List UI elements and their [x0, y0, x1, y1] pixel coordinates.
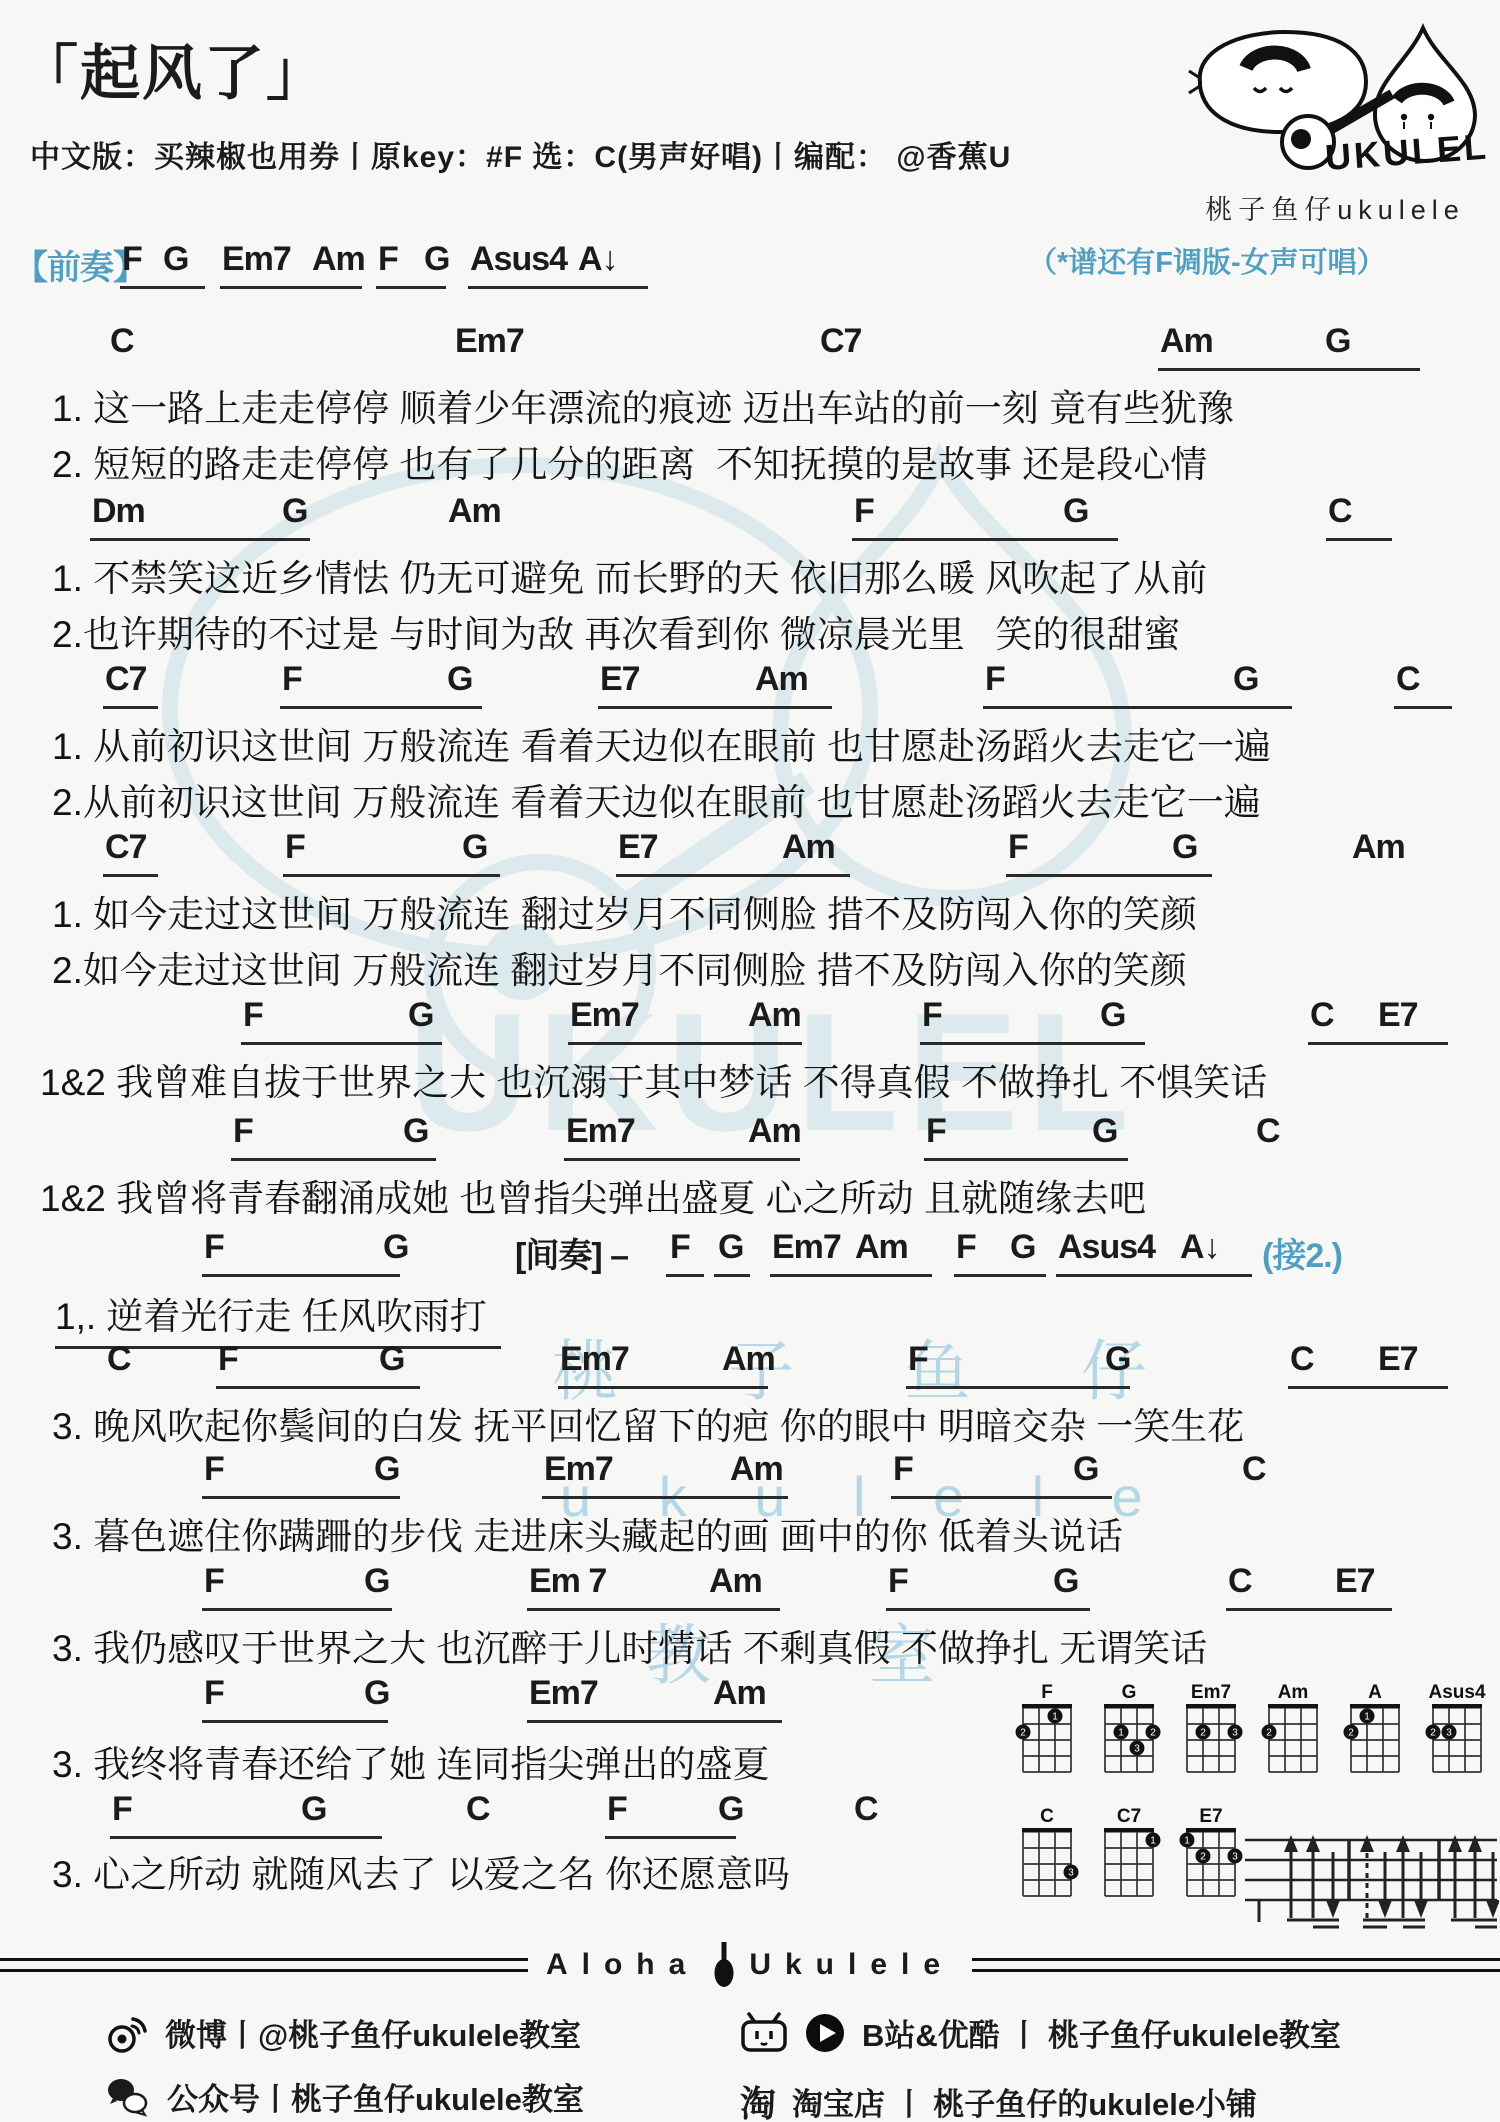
- chord-diagram-asus4: Asus423: [1424, 1682, 1490, 1791]
- chord-symbol: Am: [709, 1562, 762, 1601]
- lyric-text: 1&2 我曾难自拔于世界之大 也沉溺于其中梦话 不得真假 不做挣扎 不惧笑话: [40, 1052, 1267, 1106]
- chord-symbol: G: [379, 1340, 404, 1379]
- wechat-icon: [105, 2076, 151, 2118]
- lyric-text: 1. 从前初识这世间 万般流连 看着天边似在眼前 也甘愿赴汤蹈火去走它一遍: [52, 716, 1271, 770]
- svg-text:E7: E7: [1199, 1806, 1222, 1827]
- chord-symbol: Am: [730, 1450, 783, 1489]
- chord-underline: [558, 1386, 768, 1389]
- chord-symbol: Em7: [772, 1228, 841, 1267]
- chord-symbol: C: [1228, 1562, 1252, 1601]
- chord-underline: [564, 1158, 800, 1161]
- chord-row: CFGEm7AmFGCE7: [0, 1340, 1500, 1392]
- chord-symbol: F: [204, 1450, 224, 1489]
- chord-underline: [280, 706, 482, 709]
- chord-symbol: G: [718, 1790, 743, 1829]
- chord-underline: [103, 874, 158, 877]
- chord-symbol: G: [718, 1228, 743, 1267]
- section-label: （*谱还有F调版-女声可唱）: [1028, 240, 1386, 281]
- chord-symbol: G: [364, 1562, 389, 1601]
- svg-text:1: 1: [1364, 1712, 1370, 1723]
- divider-line-left: [0, 1958, 528, 1972]
- wechat-link: 公众号丨桃子鱼仔ukulele教室: [105, 2074, 584, 2119]
- chord-underline: [376, 286, 446, 289]
- lyric-line: 1&2 我曾难自拔于世界之大 也沉溺于其中梦话 不得真假 不做挣扎 不惧笑话: [0, 1052, 1500, 1104]
- chord-row: FGEm 7AmFGCE7: [0, 1562, 1500, 1614]
- svg-text:F: F: [1041, 1682, 1053, 1703]
- chord-symbol: C: [110, 322, 134, 361]
- chord-underline: [924, 1158, 1128, 1161]
- chord-symbol: G: [447, 660, 472, 699]
- chord-symbol: F: [985, 660, 1005, 699]
- chord-underline: [216, 1386, 420, 1389]
- chord-symbol: F: [670, 1228, 690, 1267]
- chord-symbol: E7: [600, 660, 640, 699]
- divider-word-left: Aloha: [546, 1948, 699, 1982]
- chord-underline: [1326, 538, 1392, 541]
- chord-diagram-f: F12: [1014, 1682, 1080, 1791]
- lyric-text: 2.也许期待的不过是 与时间为敌 再次看到你 微凉晨光里 笑的很甜蜜: [52, 604, 1181, 658]
- chord-underline: [120, 286, 205, 289]
- chord-symbol: [间奏] –: [515, 1228, 628, 1277]
- chord-symbol: Em7: [529, 1674, 598, 1713]
- chord-symbol: Em7: [560, 1340, 629, 1379]
- svg-text:Asus4: Asus4: [1428, 1682, 1485, 1703]
- chord-symbol: C: [1290, 1340, 1314, 1379]
- chord-symbol: F: [122, 240, 142, 279]
- bilibili-youku-text: B站&优酷 丨 桃子鱼仔ukulele教室: [862, 2010, 1341, 2055]
- chord-row: C7FGE7AmFGAm: [0, 828, 1500, 880]
- chord-symbol: Am: [1160, 322, 1213, 361]
- chord-symbol: G: [383, 1228, 408, 1267]
- lyric-text: 1. 如今走过这世间 万般流连 翻过岁月不同侧脸 措不及防闯入你的笑颜: [52, 884, 1197, 938]
- chord-symbol: F: [888, 1562, 908, 1601]
- svg-text:1: 1: [1052, 1712, 1058, 1723]
- chord-underline: [852, 538, 1118, 541]
- chord-symbol: Am: [312, 240, 365, 279]
- chord-underline: [714, 1274, 750, 1277]
- chord-symbol: E7: [1378, 996, 1418, 1035]
- chord-symbol: Em 7: [529, 1562, 606, 1601]
- chord-underline: [90, 538, 310, 541]
- chord-symbol: C: [466, 1790, 490, 1829]
- chord-symbol: G: [163, 240, 188, 279]
- chord-underline: [283, 874, 500, 877]
- chord-symbol: F: [204, 1674, 224, 1713]
- chord-underline: [1006, 874, 1212, 877]
- chord-symbol: A↓: [1180, 1228, 1220, 1267]
- chord-underline: [527, 1720, 782, 1723]
- chord-underline: [110, 1836, 382, 1839]
- chord-symbol: Am: [713, 1674, 766, 1713]
- chord-diagram-panel: F12G123Em723Am2A12Asus423C3C71E7123: [1000, 1682, 1500, 1942]
- wechat-text: 公众号丨桃子鱼仔ukulele教室: [167, 2074, 584, 2119]
- svg-text:3: 3: [1232, 1728, 1238, 1739]
- chord-symbol: C: [854, 1790, 878, 1829]
- chord-symbol: C: [1396, 660, 1420, 699]
- chord-symbol: Am: [748, 996, 801, 1035]
- lyric-line: 2. 短短的路走走停停 也有了几分的距离 不知抚摸的是故事 还是段心情: [0, 434, 1500, 486]
- svg-text:2: 2: [1348, 1728, 1354, 1739]
- chord-diagram-a: A12: [1342, 1682, 1408, 1791]
- chord-underline: [616, 874, 850, 877]
- chord-underline: [920, 1042, 1145, 1045]
- lyric-text: 3. 我仍感叹于世界之大 也沉醉于儿时情话 不剩真假 不做挣扎 无谓笑话: [52, 1618, 1207, 1672]
- chord-symbol: C: [107, 1340, 131, 1379]
- chord-underline: [1288, 1386, 1448, 1389]
- chord-diagram-e7: E7123: [1178, 1806, 1244, 1915]
- chord-symbol: G: [1100, 996, 1125, 1035]
- chord-symbol: F: [854, 492, 874, 531]
- divider-line-right: [972, 1958, 1500, 1972]
- lyric-line: 2.也许期待的不过是 与时间为敌 再次看到你 微凉晨光里 笑的很甜蜜: [0, 604, 1500, 656]
- chord-symbol: C: [1256, 1112, 1280, 1151]
- chord-underline: [103, 706, 158, 709]
- chord-symbol: G: [1172, 828, 1197, 867]
- chord-diagram-c7: C71: [1096, 1806, 1162, 1915]
- svg-text:1: 1: [1150, 1836, 1156, 1847]
- lyric-line: 1&2 我曾将青春翻涌成她 也曾指尖弹出盛夏 心之所动 且就随缘去吧: [0, 1168, 1500, 1220]
- chord-symbol: G: [1073, 1450, 1098, 1489]
- chord-symbol: C7: [105, 828, 146, 867]
- chord-symbol: C7: [820, 322, 861, 361]
- svg-text:3: 3: [1446, 1728, 1452, 1739]
- chord-underline: [468, 286, 648, 289]
- svg-text:Em7: Em7: [1191, 1682, 1231, 1703]
- chord-symbol: F: [908, 1340, 928, 1379]
- chord-underline: [202, 1496, 400, 1499]
- lyric-line: 3. 暮色遮住你蹒跚的步伐 走进床头藏起的画 画中的你 低着头说话: [0, 1506, 1500, 1558]
- chord-symbol: Em7: [222, 240, 291, 279]
- lyric-line: 1. 不禁笑这近乡情怯 仍无可避免 而长野的天 依旧那么暖 风吹起了从前: [0, 548, 1500, 600]
- svg-text:2: 2: [1200, 1728, 1206, 1739]
- svg-text:Am: Am: [1278, 1682, 1309, 1703]
- chord-symbol: C: [1328, 492, 1352, 531]
- svg-text:2: 2: [1266, 1728, 1272, 1739]
- chord-symbol: F: [893, 1450, 913, 1489]
- chord-symbol: F: [112, 1790, 132, 1829]
- lyric-line: 3. 我仍感叹于世界之大 也沉醉于儿时情话 不剩真假 不做挣扎 无谓笑话: [0, 1618, 1500, 1670]
- chord-symbol: Am: [755, 660, 808, 699]
- chord-symbol: F: [218, 1340, 238, 1379]
- chord-symbol: F: [607, 1790, 627, 1829]
- chord-underline: [241, 1042, 442, 1045]
- chord-symbol: G: [282, 492, 307, 531]
- chord-underline: [202, 1274, 400, 1277]
- chord-symbol: G: [374, 1450, 399, 1489]
- chord-underline: [527, 1608, 780, 1611]
- chord-underline: [1308, 1042, 1448, 1045]
- chord-symbol: G: [1010, 1228, 1035, 1267]
- chord-underline: [666, 1274, 704, 1277]
- chord-underline: [202, 1720, 388, 1723]
- svg-text:3: 3: [1134, 1744, 1140, 1755]
- chord-row: FGEm7AmFGC: [0, 1112, 1500, 1164]
- chord-symbol: G: [1325, 322, 1350, 361]
- weibo-icon: [105, 2011, 149, 2055]
- chord-symbol: Em7: [566, 1112, 635, 1151]
- chord-symbol: Am: [448, 492, 501, 531]
- svg-text:3: 3: [1068, 1868, 1074, 1879]
- lyric-text: 2.从前初识这世间 万般流连 看着天边似在眼前 也甘愿赴汤蹈火去走它一遍: [52, 772, 1261, 826]
- lyric-text: 3. 晚风吹起你鬓间的白发 抚平回忆留下的疤 你的眼中 明暗交杂 一笑生花: [52, 1396, 1244, 1450]
- chord-underline: [568, 1042, 802, 1045]
- chord-symbol: G: [462, 828, 487, 867]
- chord-symbol: F: [282, 660, 302, 699]
- chord-symbol: Am: [855, 1228, 908, 1267]
- chord-symbol: G: [1092, 1112, 1117, 1151]
- svg-text:C: C: [1040, 1806, 1054, 1827]
- svg-text:1: 1: [1118, 1728, 1124, 1739]
- ukulele-paddle-icon: [713, 1942, 735, 1988]
- song-title: 「起风了」: [18, 26, 328, 112]
- chord-symbol: Em7: [455, 322, 524, 361]
- lyric-text: 3. 心之所动 就随风去了 以爱之名 你还愿意吗: [52, 1844, 790, 1898]
- chord-symbol: C: [1310, 996, 1334, 1035]
- taobao-link: 淘 淘宝店 丨 桃子鱼仔的ukulele小铺: [740, 2076, 1257, 2122]
- chord-sheet-page: UKULELE 桃 子 鱼 仔 u k u l e l e 教 室 「起风了」 …: [0, 0, 1500, 2122]
- divider-word-right: Ukulele: [749, 1948, 954, 1982]
- play-icon: [804, 2012, 846, 2054]
- chord-symbol: G: [1105, 1340, 1130, 1379]
- lyric-line: 1. 从前初识这世间 万般流连 看着天边似在眼前 也甘愿赴汤蹈火去走它一遍: [0, 716, 1500, 768]
- chord-row: C7FGE7AmFGC: [0, 660, 1500, 712]
- intro-row: 【前奏】FGEm7AmFGAsus4A↓（*谱还有F调版-女声可唱）: [0, 240, 1500, 292]
- chord-symbol: G: [301, 1790, 326, 1829]
- chord-symbol: Asus4: [1058, 1228, 1155, 1267]
- chord-symbol: Am: [722, 1340, 775, 1379]
- lyric-line: 2.如今走过这世间 万般流连 翻过岁月不同侧脸 措不及防闯入你的笑颜: [0, 940, 1500, 992]
- svg-text:2: 2: [1200, 1852, 1206, 1863]
- chord-symbol: E7: [618, 828, 658, 867]
- lyric-text: 1. 不禁笑这近乡情怯 仍无可避免 而长野的天 依旧那么暖 风吹起了从前: [52, 548, 1207, 602]
- chord-symbol: G: [364, 1674, 389, 1713]
- chord-underline: [1226, 1608, 1392, 1611]
- chord-symbol: C: [1242, 1450, 1266, 1489]
- chord-symbol: E7: [1335, 1562, 1375, 1601]
- svg-text:2: 2: [1150, 1728, 1156, 1739]
- chord-symbol: F: [204, 1562, 224, 1601]
- chord-symbol: F: [204, 1228, 224, 1267]
- bilibili-youku-link: B站&优酷 丨 桃子鱼仔ukulele教室: [740, 2010, 1341, 2055]
- ukulele-soundhole: [1291, 129, 1311, 149]
- chord-symbol: G: [408, 996, 433, 1035]
- logo-word: UKULELE: [1324, 124, 1490, 178]
- lyric-line: 1. 如今走过这世间 万般流连 翻过岁月不同侧脸 措不及防闯入你的笑颜: [0, 884, 1500, 936]
- chord-underline: [542, 1496, 788, 1499]
- chord-diagram-g: G123: [1096, 1682, 1162, 1791]
- footer-divider: Aloha Ukulele: [0, 1942, 1500, 1988]
- chord-symbol: Dm: [92, 492, 145, 531]
- lyric-text: 2. 短短的路走走停停 也有了几分的距离 不知抚摸的是故事 还是段心情: [52, 434, 1207, 488]
- lyric-line: 3. 晚风吹起你鬓间的白发 抚平回忆留下的疤 你的眼中 明暗交杂 一笑生花: [0, 1396, 1500, 1448]
- chord-symbol: G: [1233, 660, 1258, 699]
- chord-underline: [605, 1836, 736, 1839]
- lyric-line: 2.从前初识这世间 万般流连 看着天边似在眼前 也甘愿赴汤蹈火去走它一遍: [0, 772, 1500, 824]
- lyric-line: 1. 这一路上走走停停 顺着少年漂流的痕迹 迈出车站的前一刻 竟有些犹豫: [0, 378, 1500, 430]
- chord-symbol: F: [285, 828, 305, 867]
- chord-symbol: G: [424, 240, 449, 279]
- chord-symbol: Em7: [570, 996, 639, 1035]
- lyric-text: 3. 我终将青春还给了她 连同指尖弹出的盛夏: [52, 1734, 769, 1788]
- interlude-row: FG[间奏] –FGEm7AmFGAsus4A↓(接2.): [0, 1228, 1500, 1280]
- chord-underline: [220, 286, 362, 289]
- weibo-link: 微博丨@桃子鱼仔ukulele教室: [105, 2010, 581, 2055]
- verse2-chords: DmGAmFGC: [0, 492, 1500, 544]
- strum-pattern: [1245, 1830, 1499, 1930]
- svg-text:2: 2: [1020, 1728, 1026, 1739]
- chord-symbol: Am: [782, 828, 835, 867]
- weibo-text: 微博丨@桃子鱼仔ukulele教室: [165, 2010, 581, 2055]
- section-label: (接2.): [1262, 1228, 1342, 1277]
- chord-row: FGEm7AmFGCE7: [0, 996, 1500, 1048]
- chord-row: FGEm7AmFGC: [0, 1450, 1500, 1502]
- chord-underline: [983, 706, 1292, 709]
- chord-symbol: Asus4: [470, 240, 567, 279]
- chord-diagram-c: C3: [1014, 1806, 1080, 1915]
- taobao-text: 淘宝店 丨 桃子鱼仔的ukulele小铺: [792, 2079, 1257, 2122]
- lyric-text: 1. 这一路上走走停停 顺着少年漂流的痕迹 迈出车站的前一刻 竟有些犹豫: [52, 378, 1234, 432]
- chord-symbol: G: [1053, 1562, 1078, 1601]
- brand-caption: 桃子鱼仔ukulele: [1185, 188, 1485, 227]
- svg-text:2: 2: [1430, 1728, 1436, 1739]
- chord-underline: [906, 1386, 1130, 1389]
- chord-symbol: Am: [1352, 828, 1405, 867]
- chord-symbol: F: [926, 1112, 946, 1151]
- bilibili-icon: [740, 2012, 788, 2054]
- chord-underline: [954, 1274, 1046, 1277]
- chord-symbol: G: [1063, 492, 1088, 531]
- chord-symbol: E7: [1378, 1340, 1418, 1379]
- chord-underline: [1158, 368, 1420, 371]
- svg-text:1: 1: [1184, 1836, 1190, 1847]
- chord-symbol: F: [243, 996, 263, 1035]
- chord-symbol: F: [233, 1112, 253, 1151]
- chord-symbol: F: [922, 996, 942, 1035]
- chord-underline: [1394, 706, 1452, 709]
- chord-symbol: C7: [105, 660, 146, 699]
- taobao-icon: 淘: [740, 2076, 776, 2122]
- chord-underline: [891, 1496, 1112, 1499]
- chord-underline: [1056, 1274, 1252, 1277]
- chord-row: CEm7C7AmG: [0, 322, 1500, 374]
- svg-text:A: A: [1368, 1682, 1382, 1703]
- lyric-text: 3. 暮色遮住你蹒跚的步伐 走进床头藏起的画 画中的你 低着头说话: [52, 1506, 1123, 1560]
- chord-symbol: G: [403, 1112, 428, 1151]
- chord-underline: [886, 1608, 1090, 1611]
- chord-diagram-em7: Em723: [1178, 1682, 1244, 1791]
- chord-symbol: F: [956, 1228, 976, 1267]
- chord-symbol: Em7: [544, 1450, 613, 1489]
- svg-text:3: 3: [1232, 1852, 1238, 1863]
- chord-diagram-am: Am2: [1260, 1682, 1326, 1791]
- chord-symbol: F: [378, 240, 398, 279]
- chord-symbol: F: [1008, 828, 1028, 867]
- chord-symbol: A↓: [578, 240, 618, 279]
- lyric-text: 2.如今走过这世间 万般流连 翻过岁月不同侧脸 措不及防闯入你的笑颜: [52, 940, 1187, 994]
- chord-underline: [231, 1158, 436, 1161]
- svg-text:G: G: [1122, 1682, 1137, 1703]
- chord-underline: [770, 1274, 932, 1277]
- chord-underline: [598, 706, 832, 709]
- song-meta: 中文版：买辣椒也用券丨原key：#F 选：C(男声好唱)丨编配： @香蕉U: [30, 132, 1011, 176]
- lyric-line: 1,. 逆着光行走 任风吹雨打: [0, 1286, 1500, 1338]
- brand-logo: UKULELE: [1180, 20, 1490, 185]
- svg-text:C7: C7: [1117, 1806, 1141, 1827]
- lyric-text: 1&2 我曾将青春翻涌成她 也曾指尖弹出盛夏 心之所动 且就随缘去吧: [40, 1168, 1146, 1222]
- chord-underline: [202, 1608, 392, 1611]
- chord-symbol: Am: [748, 1112, 801, 1151]
